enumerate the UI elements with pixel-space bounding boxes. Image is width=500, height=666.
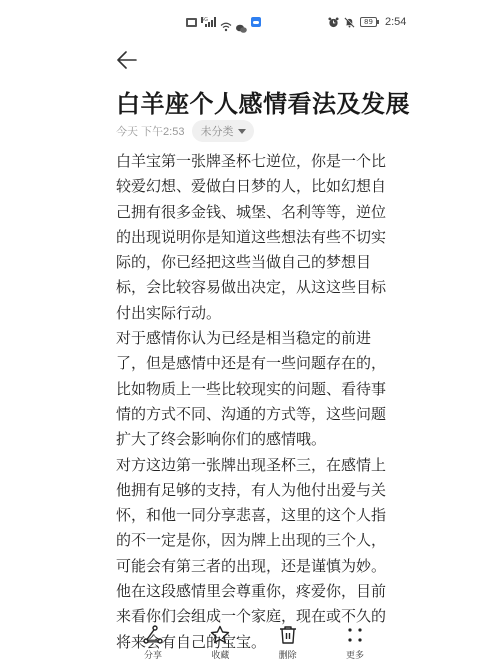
- status-left-icons: 5G: [186, 16, 261, 28]
- hd-icon: [186, 18, 197, 27]
- note-meta: 今天 下午2:53 未分类: [116, 120, 254, 142]
- status-right-icons: 89 2:54: [328, 15, 406, 29]
- more-icon: [345, 625, 365, 645]
- more-button[interactable]: 更多: [330, 625, 380, 665]
- more-label: 更多: [346, 648, 364, 661]
- bottom-action-bar: 分享 收藏 删除 更多: [110, 625, 400, 665]
- signal-icon: 5G: [201, 17, 216, 27]
- star-icon: [210, 625, 230, 645]
- note-body[interactable]: 白羊宝第一张牌圣杯七逆位，你是一个比较爱幻想、爱做白日梦的人，比如幻想自己拥有很…: [116, 149, 396, 655]
- share-label: 分享: [144, 648, 162, 661]
- trash-icon: [278, 625, 298, 645]
- share-icon: [143, 625, 163, 645]
- caret-down-icon: [238, 129, 246, 134]
- battery-icon: 89: [360, 17, 377, 27]
- favorite-label: 收藏: [211, 648, 229, 661]
- category-dropdown[interactable]: 未分类: [192, 120, 254, 142]
- signal-label: 5G: [201, 17, 203, 23]
- mute-icon: [344, 13, 355, 32]
- wechat-icon: [236, 18, 247, 27]
- status-time: 2:54: [385, 16, 406, 28]
- arrow-left-icon: [116, 50, 138, 70]
- cloud-icon: [251, 17, 261, 27]
- note-paragraph: 对于感情你认为已经是相当稳定的前进了，但是感情中还是有一些问题存在的，比如物质上…: [116, 326, 396, 452]
- delete-button[interactable]: 删除: [263, 625, 313, 665]
- status-bar: 5G 89 2:54: [0, 0, 500, 40]
- note-date: 今天 下午2:53: [116, 123, 184, 139]
- wifi-icon: [220, 17, 232, 27]
- share-button[interactable]: 分享: [128, 625, 178, 665]
- note-title: 白羊座个人感情看法及发展: [116, 84, 410, 119]
- delete-label: 删除: [279, 648, 297, 661]
- favorite-button[interactable]: 收藏: [195, 625, 245, 665]
- back-button[interactable]: [116, 50, 138, 70]
- category-label: 未分类: [200, 123, 233, 139]
- alarm-icon: [328, 13, 339, 32]
- note-paragraph: 白羊宝第一张牌圣杯七逆位，你是一个比较爱幻想、爱做白日梦的人，比如幻想自己拥有很…: [116, 149, 396, 326]
